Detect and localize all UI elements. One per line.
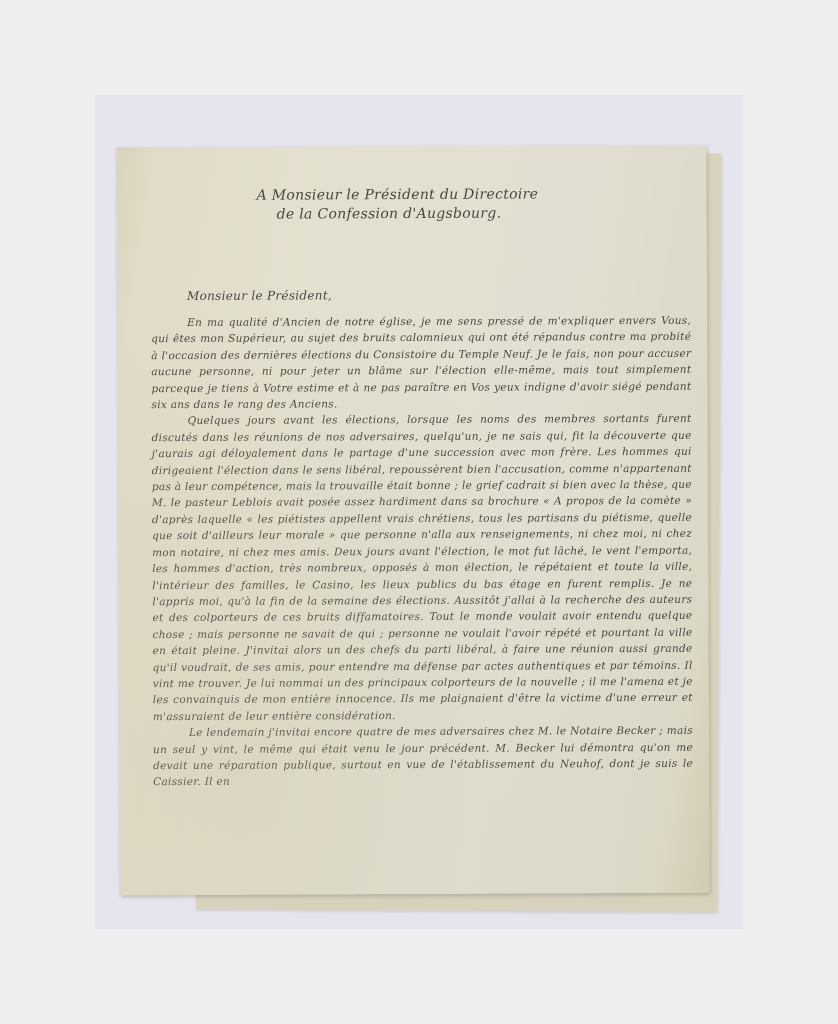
paragraph: Le lendemain j'invitai encore quatre de … bbox=[153, 723, 693, 791]
paragraph: En ma qualité d'Ancien de notre église, … bbox=[151, 313, 691, 414]
letter-sheet: A Monsieur le Président du Directoire de… bbox=[116, 145, 709, 896]
address-line-1: A Monsieur le Président du Directoire bbox=[257, 185, 657, 206]
letter-address: A Monsieur le Président du Directoire de… bbox=[257, 185, 657, 225]
address-line-2: de la Confession d'Augsbourg. bbox=[257, 204, 657, 225]
letter-salutation: Monsieur le Président, bbox=[187, 288, 332, 303]
paragraph: Quelques jours avant les élections, lors… bbox=[152, 411, 693, 725]
letter-body: En ma qualité d'Ancien de notre église, … bbox=[151, 313, 693, 791]
